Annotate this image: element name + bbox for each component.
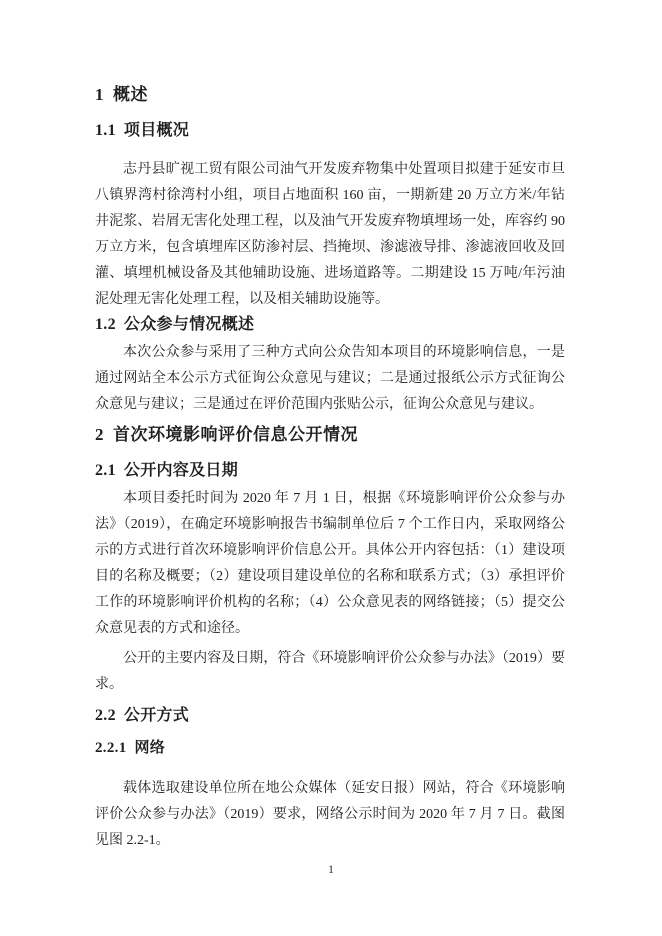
heading-overview: 1概述	[95, 82, 565, 108]
heading-label: 公开内容及日期	[124, 462, 238, 479]
heading-label: 概述	[113, 85, 148, 104]
heading-label: 公开方式	[124, 707, 189, 724]
heading-public-participation: 1.2公众参与情况概述	[95, 313, 565, 337]
heading-network: 2.2.1网络	[95, 736, 565, 760]
paragraph-public-participation: 本次公众参与采用了三种方式向公众告知本项目的环境影响信息，一是通过网站全本公示方…	[95, 340, 565, 418]
heading-number: 2.1	[95, 462, 116, 479]
heading-disclosure-method: 2.2公开方式	[95, 704, 565, 728]
heading-label: 项目概况	[124, 122, 189, 139]
paragraph-compliance: 公开的主要内容及日期，符合《环境影响评价公众参与办法》（2019）要求。	[95, 646, 565, 698]
heading-number: 2.2.1	[95, 740, 127, 756]
paragraph-project-overview: 志丹县旷视工贸有限公司油气开发废弃物集中处置项目拟建于延安市旦八镇界湾村徐湾村小…	[95, 157, 565, 313]
heading-number: 1.2	[95, 316, 116, 333]
document-page: 1概述 1.1项目概况 志丹县旷视工贸有限公司油气开发废弃物集中处置项目拟建于延…	[0, 0, 662, 936]
paragraph-disclosure-content: 本项目委托时间为 2020 年 7 月 1 日，根据《环境影响评价公众参与办法》…	[95, 486, 565, 642]
heading-number: 1	[95, 85, 104, 104]
heading-label: 公众参与情况概述	[124, 316, 254, 333]
heading-disclosure-content-date: 2.1公开内容及日期	[95, 459, 565, 483]
heading-number: 2	[95, 425, 104, 444]
heading-number: 2.2	[95, 707, 116, 724]
heading-project-overview: 1.1项目概况	[95, 119, 565, 143]
heading-label: 网络	[135, 740, 166, 756]
heading-first-disclosure: 2首次环境影响评价信息公开情况	[95, 422, 565, 448]
paragraph-network-disclosure: 载体选取建设单位所在地公众媒体（延安日报）网站，符合《环境影响评价公众参与办法》…	[95, 776, 565, 854]
heading-label: 首次环境影响评价信息公开情况	[113, 425, 358, 444]
heading-number: 1.1	[95, 122, 116, 139]
page-number: 1	[0, 862, 662, 876]
